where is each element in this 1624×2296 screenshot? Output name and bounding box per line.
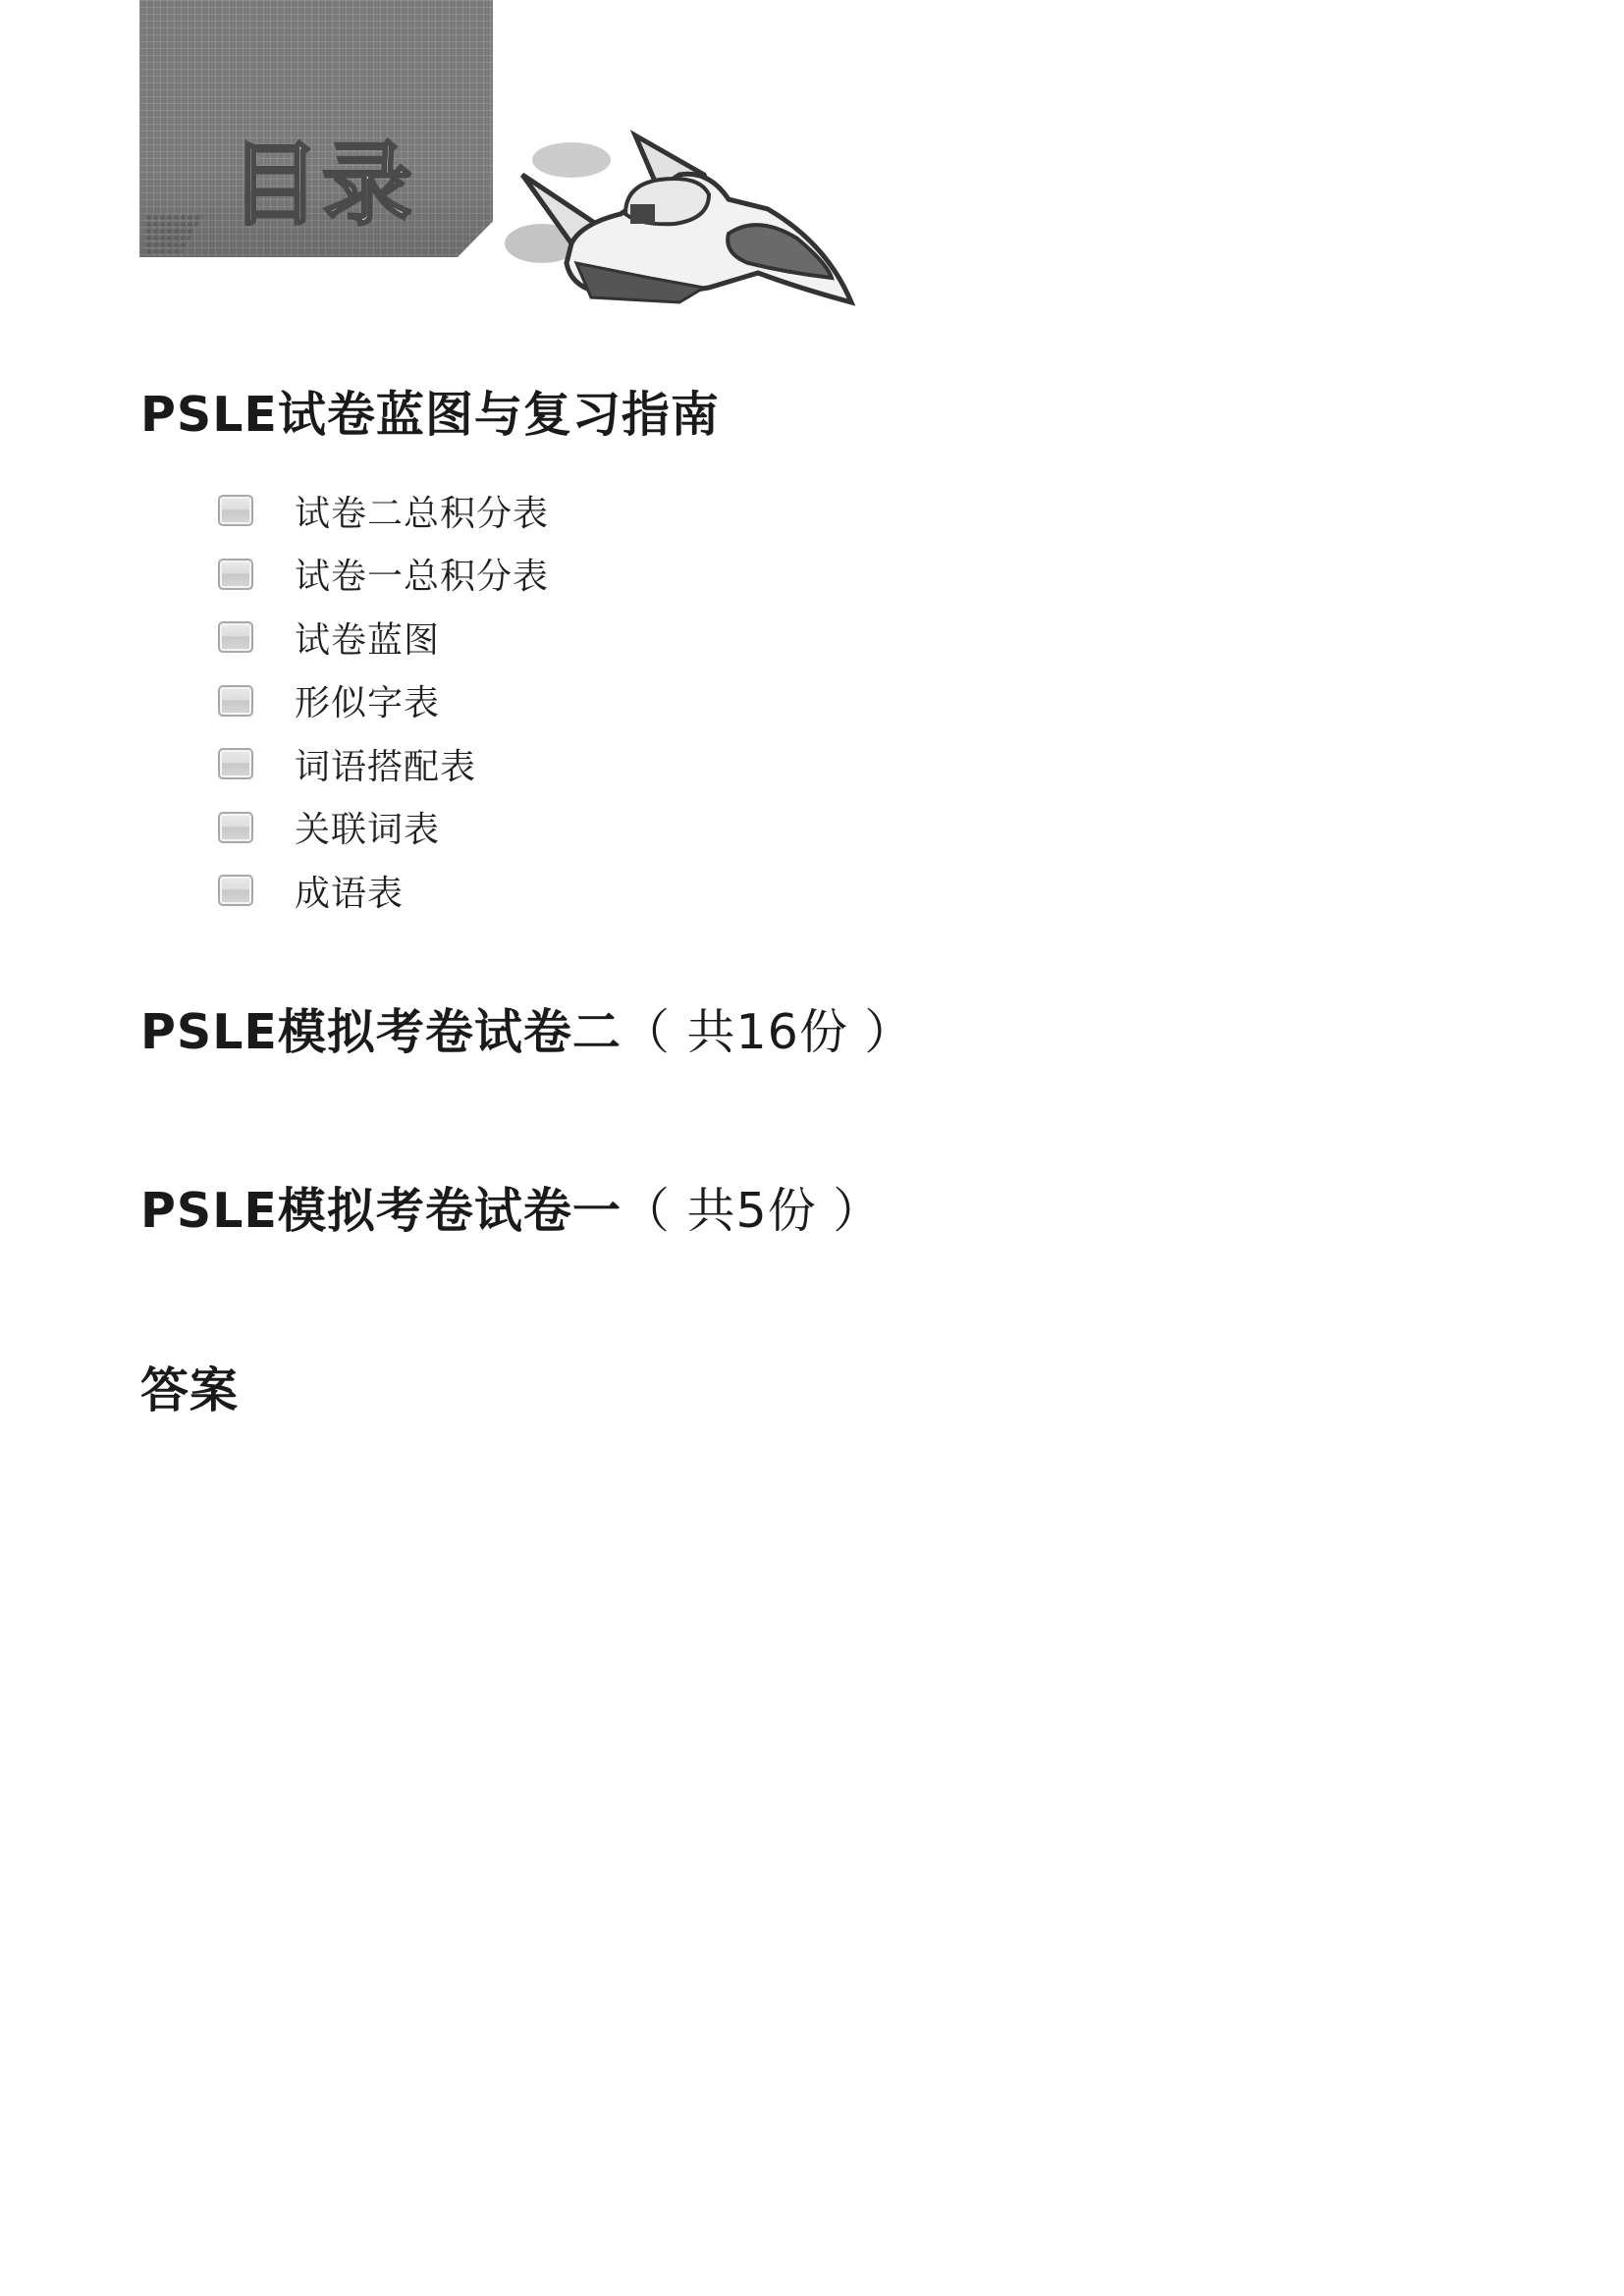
section-title-paper2[interactable]: PSLE模拟考卷试卷二（ 共16份 ） bbox=[140, 1008, 913, 1056]
toc-item[interactable]: 关联词表 bbox=[218, 796, 549, 860]
toc-item-label: 试卷蓝图 bbox=[295, 613, 440, 663]
toc-item-label: 关联词表 bbox=[295, 802, 440, 852]
toc-item[interactable]: 试卷一总积分表 bbox=[218, 543, 549, 607]
toc-item[interactable]: 词语搭配表 bbox=[218, 732, 549, 796]
checkbox-bullet-icon bbox=[218, 621, 253, 653]
toc-item-label: 形似字表 bbox=[295, 675, 440, 725]
checkbox-bullet-icon bbox=[218, 875, 253, 906]
toc-item[interactable]: 成语表 bbox=[218, 859, 549, 923]
checkbox-bullet-icon bbox=[218, 685, 253, 717]
checkbox-bullet-icon bbox=[218, 812, 253, 843]
section-title-text: PSLE模拟考卷试卷二 bbox=[140, 1004, 622, 1060]
section-title-paper1[interactable]: PSLE模拟考卷试卷一（ 共5份 ） bbox=[140, 1187, 882, 1235]
header-banner: 目录 bbox=[139, 0, 493, 257]
section-count-note: （ 共16份 ） bbox=[622, 1004, 914, 1060]
toc-item-label: 试卷一总积分表 bbox=[295, 549, 549, 599]
section-title-blueprint[interactable]: PSLE试卷蓝图与复习指南 bbox=[140, 391, 720, 439]
spaceship-icon bbox=[503, 116, 856, 317]
checkbox-bullet-icon bbox=[218, 748, 253, 779]
checkbox-bullet-icon bbox=[218, 495, 253, 526]
toc-item[interactable]: 试卷蓝图 bbox=[218, 606, 549, 669]
toc-item-label: 词语搭配表 bbox=[295, 739, 476, 789]
checkbox-bullet-icon bbox=[218, 559, 253, 590]
section-title-answers[interactable]: 答案 bbox=[140, 1366, 239, 1415]
toc-item-label: 成语表 bbox=[295, 866, 404, 916]
section-title-text: PSLE模拟考卷试卷一 bbox=[140, 1183, 622, 1239]
toc-item[interactable]: 试卷二总积分表 bbox=[218, 479, 549, 543]
section-count-note: （ 共5份 ） bbox=[622, 1183, 882, 1239]
toc-sublist: 试卷二总积分表 试卷一总积分表 试卷蓝图 形似字表 词语搭配表 关联词表 成语表 bbox=[218, 479, 549, 923]
toc-item[interactable]: 形似字表 bbox=[218, 669, 549, 733]
toc-item-label: 试卷二总积分表 bbox=[295, 486, 549, 536]
page-title: 目录 bbox=[230, 140, 414, 231]
